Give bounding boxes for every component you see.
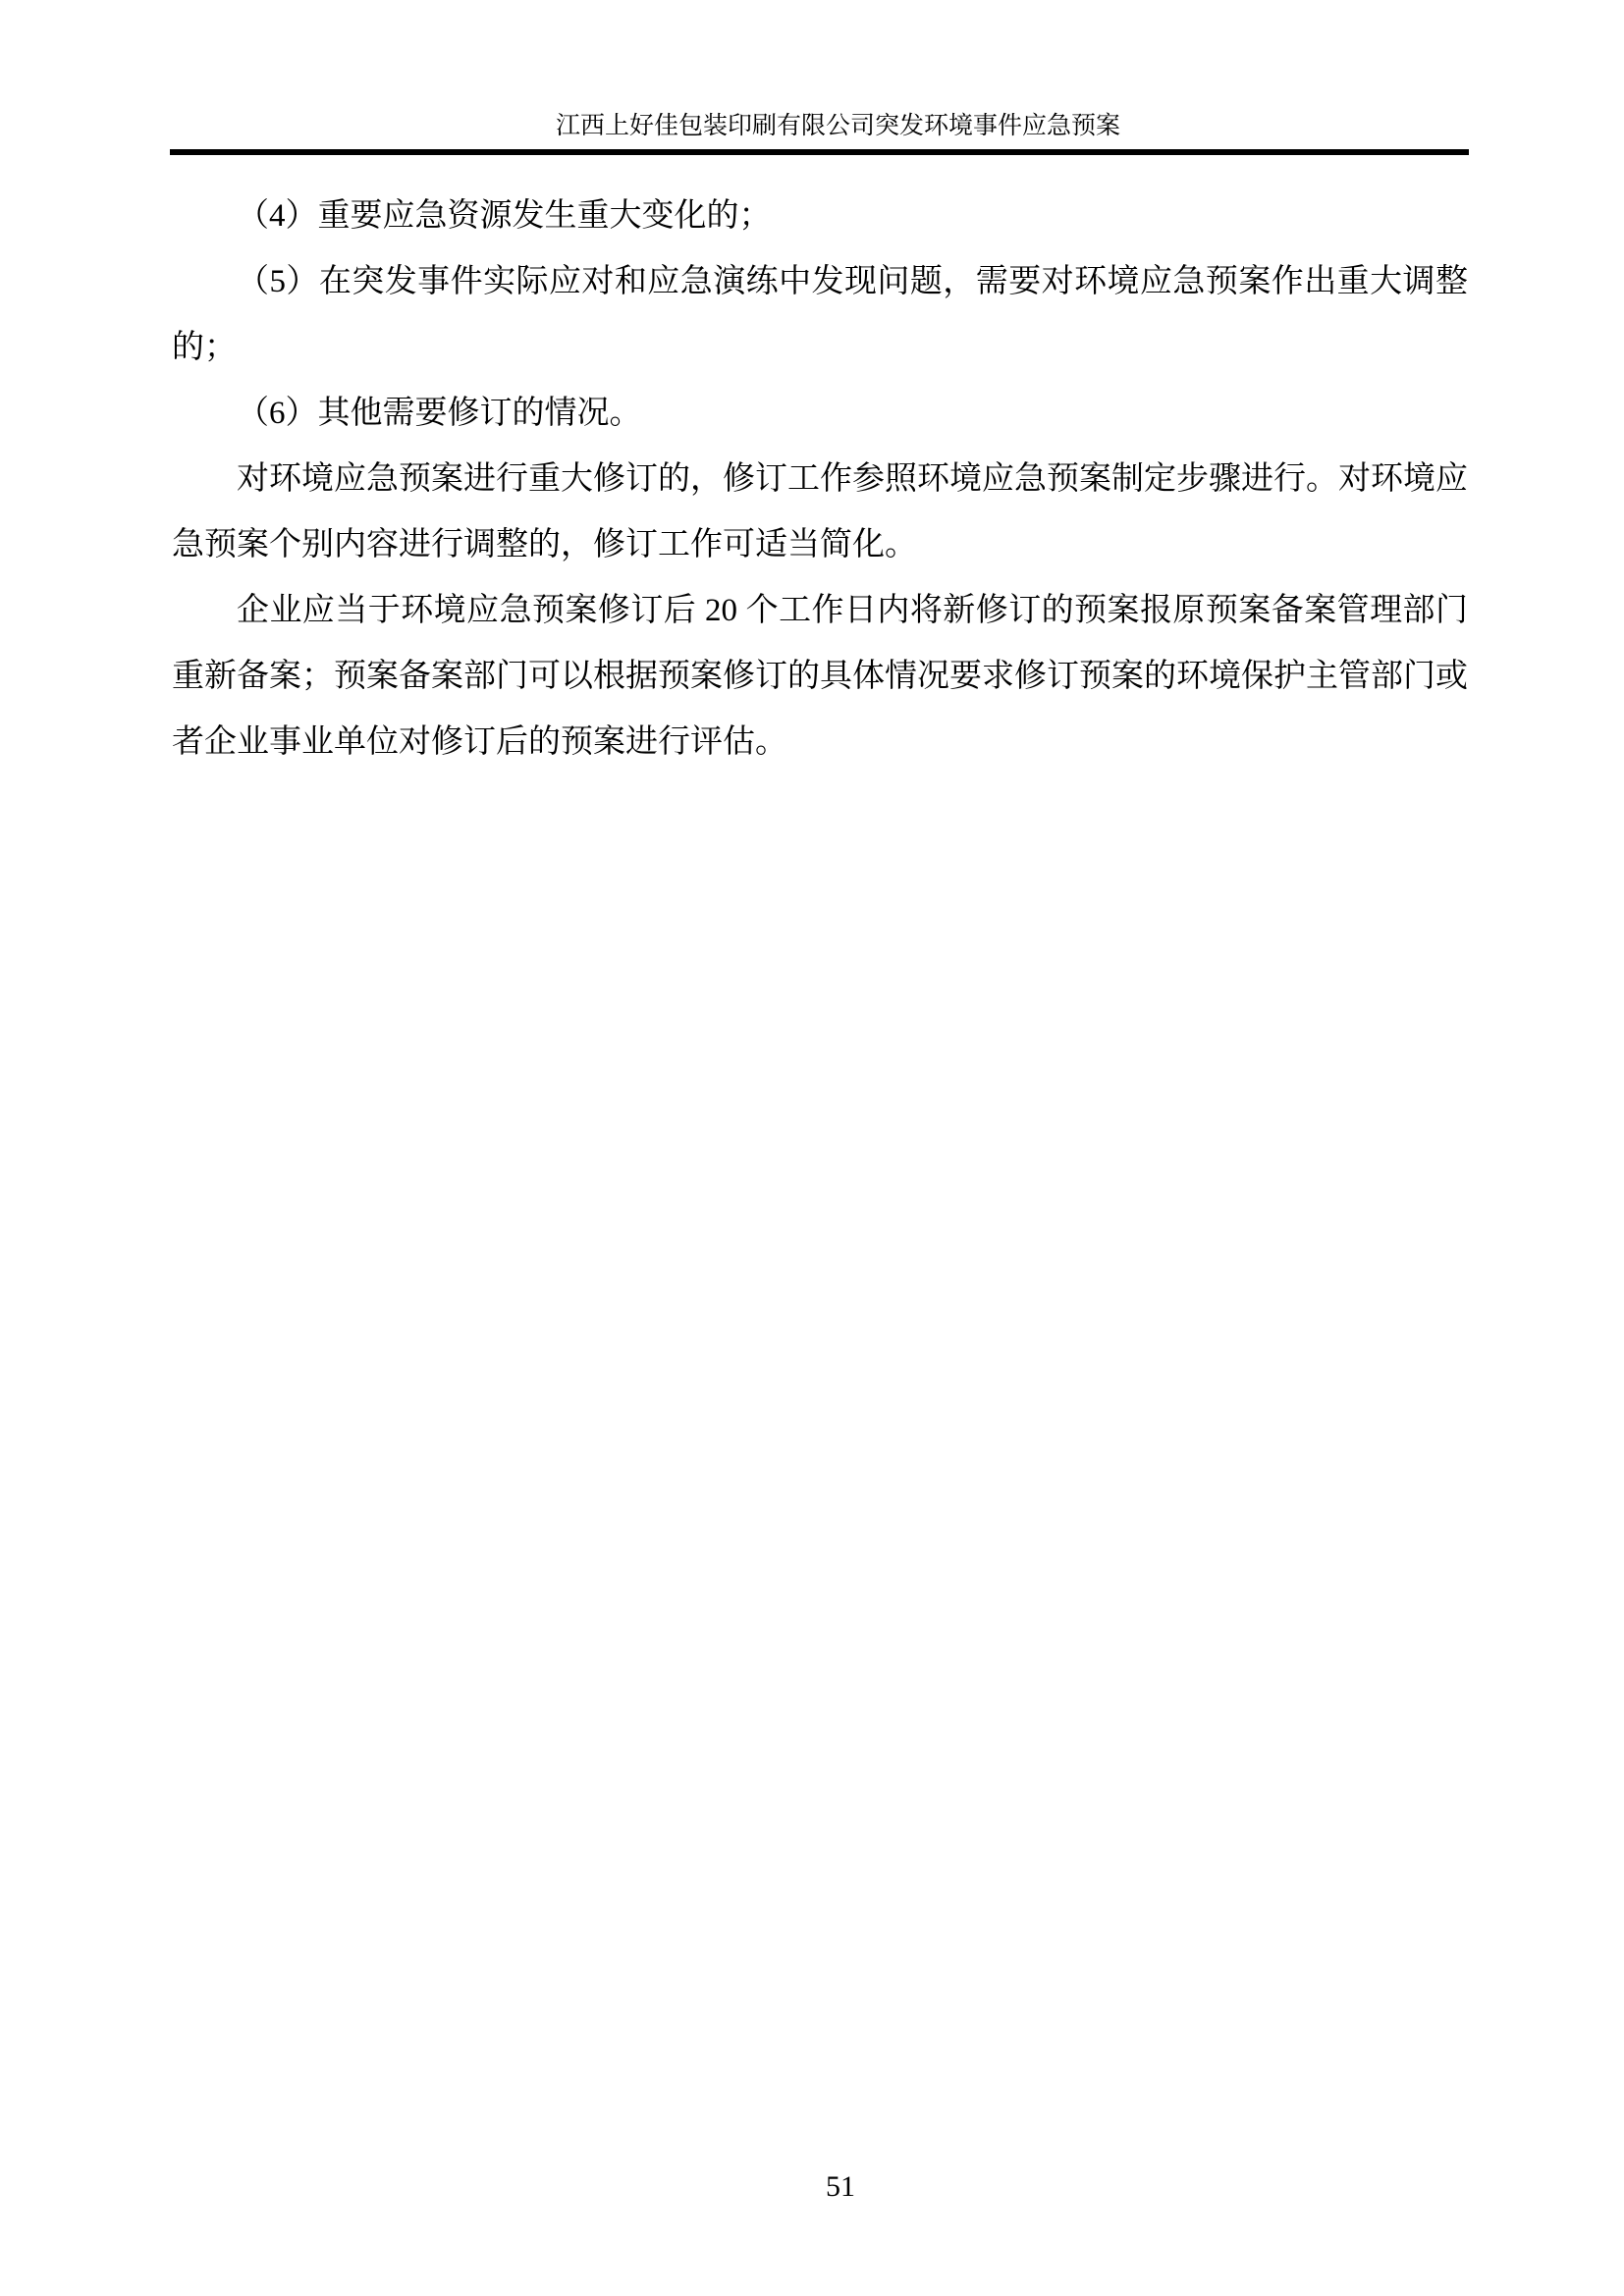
header-rule: [170, 149, 1469, 155]
document-body: （4）重要应急资源发生重大变化的；（5）在突发事件实际应对和应急演练中发现问题，…: [172, 184, 1468, 775]
text-line: （4）重要应急资源发生重大变化的；: [172, 184, 1468, 249]
text-line: 企业应当于环境应急预案修订后 20 个工作日内将新修订的预案报原预案备案管理部门: [172, 578, 1468, 644]
text-line: （5）在突发事件实际应对和应急演练中发现问题，需要对环境应急预案作出重大调整: [172, 249, 1468, 315]
text-line: 对环境应急预案进行重大修订的，修订工作参照环境应急预案制定步骤进行。对环境应: [172, 447, 1468, 512]
text-line: 的；: [172, 315, 1468, 381]
text-line: 急预案个别内容进行调整的，修订工作可适当简化。: [172, 512, 1468, 578]
text-line: 者企业事业单位对修订后的预案进行评估。: [172, 710, 1468, 775]
document-page: 江西上好佳包装印刷有限公司突发环境事件应急预案 （4）重要应急资源发生重大变化的…: [0, 0, 1624, 2296]
page-number: 51: [826, 2171, 855, 2203]
text-line: （6）其他需要修订的情况。: [172, 381, 1468, 447]
page-header-title: 江西上好佳包装印刷有限公司突发环境事件应急预案: [172, 110, 1468, 143]
text-line: 重新备案；预案备案部门可以根据预案修订的具体情况要求修订预案的环境保护主管部门或: [172, 644, 1468, 710]
